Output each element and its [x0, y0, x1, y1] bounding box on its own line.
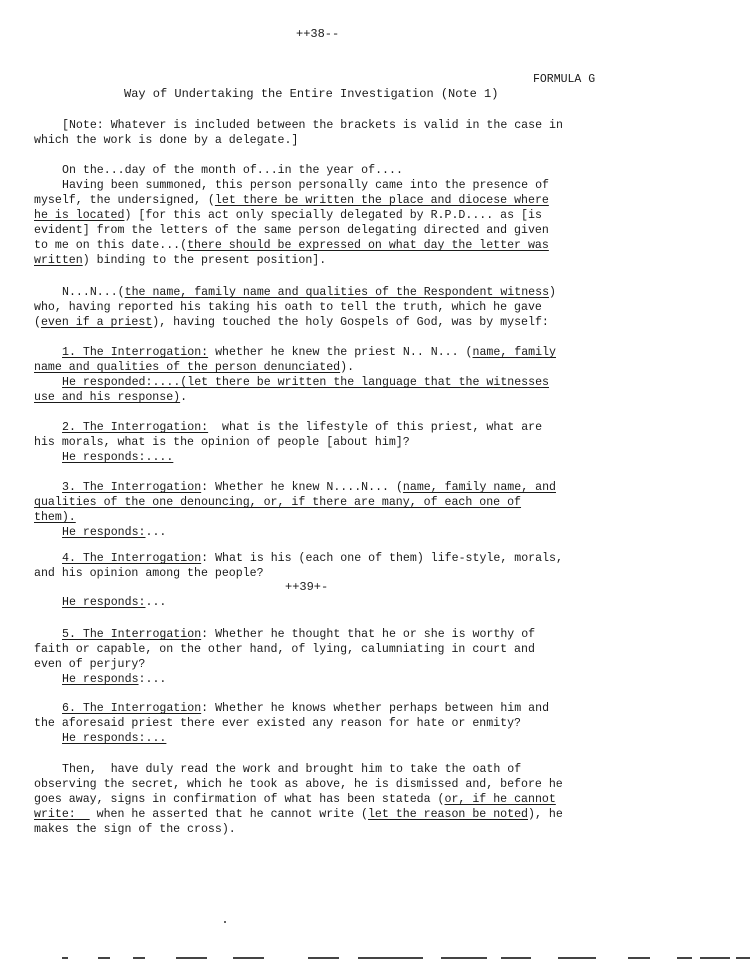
text-line: them). — [34, 510, 594, 525]
note-paragraph: [Note: Whatever is included between the … — [34, 118, 594, 148]
text-line: and his opinion among the people? — [34, 566, 594, 581]
text-line: 4. The Interrogation: What is his (each … — [34, 551, 594, 566]
response-line: He responded:....(let there be written t… — [34, 375, 594, 390]
text-line: 1. The Interrogation: whether he knew th… — [34, 345, 594, 360]
text-line: his morals, what is the opinion of peopl… — [34, 435, 594, 450]
note-line: which the work is done by a delegate.] — [34, 133, 594, 148]
text-line: 6. The Interrogation: Whether he knows w… — [34, 701, 594, 716]
text-line: N...N...(the name, family name and quali… — [34, 285, 594, 300]
text-line: written) binding to the present position… — [34, 253, 594, 268]
response-line: He responds:.... — [34, 450, 594, 465]
text-line: qualities of the one denouncing, or, if … — [34, 495, 594, 510]
text-line: myself, the undersigned, (let there be w… — [34, 193, 594, 208]
text-line: (even if a priest), having touched the h… — [34, 315, 594, 330]
text-line: name and qualities of the person denunci… — [34, 360, 594, 375]
text-line: who, having reported his taking his oath… — [34, 300, 594, 315]
page-number-top: ++38-- — [296, 27, 339, 41]
response-line: use and his response). — [34, 390, 594, 405]
text-line: he is located) [for this act only specia… — [34, 208, 594, 223]
text-line: makes the sign of the cross). — [34, 822, 594, 837]
opening-paragraph: On the...day of the month of...in the ye… — [34, 163, 594, 268]
interrogation-2: 2. The Interrogation: what is the lifest… — [34, 420, 594, 465]
text-line: Having been summoned, this person person… — [34, 178, 594, 193]
text-line: 2. The Interrogation: what is the lifest… — [34, 420, 594, 435]
formula-label: FORMULA G — [533, 73, 595, 86]
interrogation-5: 5. The Interrogation: Whether he thought… — [34, 627, 594, 687]
interrogation-6: 6. The Interrogation: Whether he knows w… — [34, 701, 594, 746]
text-line: the aforesaid priest there ever existed … — [34, 716, 594, 731]
text-line: observing the secret, which he took as a… — [34, 777, 594, 792]
response-line: He responds:... — [34, 672, 594, 687]
page-number-mid: ++39+- — [285, 580, 328, 594]
interrogation-4-response: He responds:... — [34, 595, 594, 610]
witness-paragraph: N...N...(the name, family name and quali… — [34, 285, 594, 330]
interrogation-1: 1. The Interrogation: whether he knew th… — [34, 345, 594, 405]
text-line: write: when he asserted that he cannot w… — [34, 807, 594, 822]
closing-paragraph: Then, have duly read the work and brough… — [34, 762, 594, 837]
document-title: Way of Undertaking the Entire Investigat… — [124, 87, 498, 101]
response-line: He responds:... — [34, 525, 594, 540]
text-line: faith or capable, on the other hand, of … — [34, 642, 594, 657]
text-line: evident] from the letters of the same pe… — [34, 223, 594, 238]
note-line: [Note: Whatever is included between the … — [34, 118, 594, 133]
interrogation-3: 3. The Interrogation: Whether he knew N.… — [34, 480, 594, 540]
scan-speck — [224, 921, 226, 923]
response-line: He responds:... — [34, 595, 594, 610]
text-line: Then, have duly read the work and brough… — [34, 762, 594, 777]
response-line: He responds:... — [34, 731, 594, 746]
date-line: On the...day of the month of...in the ye… — [34, 163, 594, 178]
text-line: 3. The Interrogation: Whether he knew N.… — [34, 480, 594, 495]
text-line: 5. The Interrogation: Whether he thought… — [34, 627, 594, 642]
interrogation-4: 4. The Interrogation: What is his (each … — [34, 551, 594, 581]
text-line: goes away, signs in confirmation of what… — [34, 792, 594, 807]
footer-dashed-rule — [60, 957, 750, 959]
text-line: to me on this date...(there should be ex… — [34, 238, 594, 253]
text-line: even of perjury? — [34, 657, 594, 672]
